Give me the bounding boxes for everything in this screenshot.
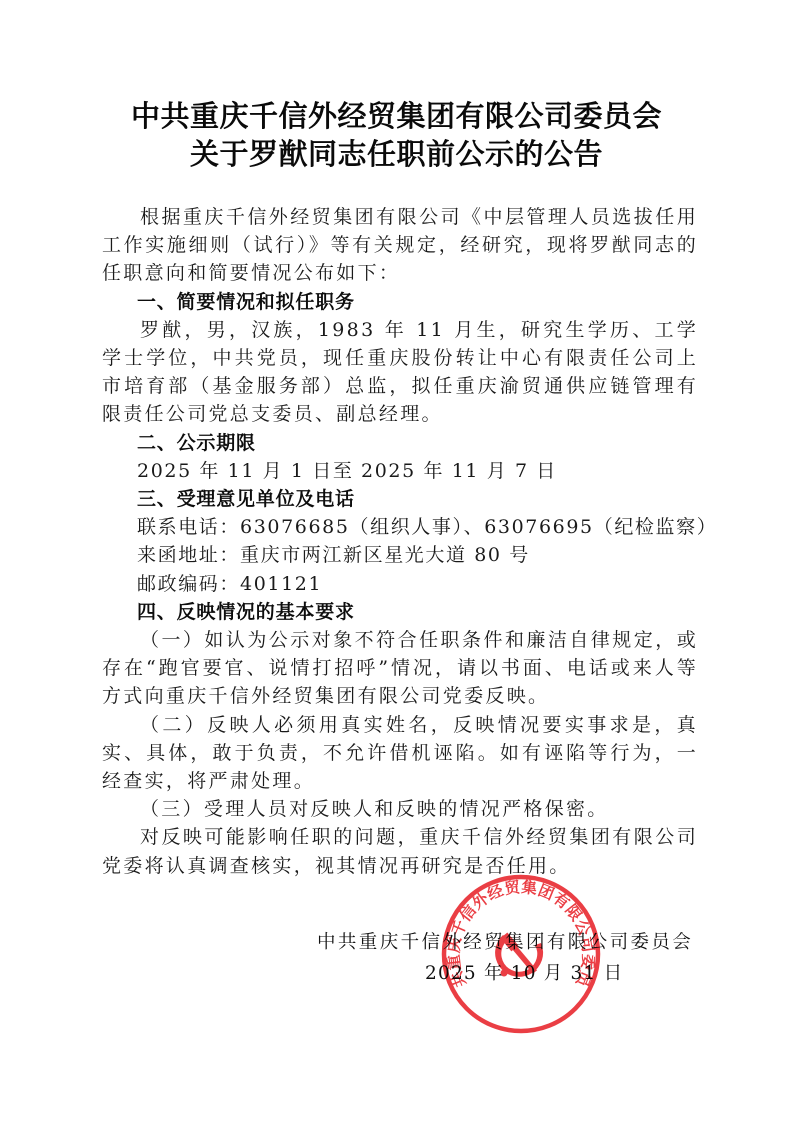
document-body: 根据重庆千信外经贸集团有限公司《中层管理人员选拔任用工作实施细则（试行）》等有关… (102, 203, 698, 880)
document-page: 中共重庆千信外经贸集团有限公司委员会 关于罗猷同志任职前公示的公告 根据重庆千信… (0, 0, 793, 1122)
requirement-item-3: （三）受理人员对反映人和反映的情况严格保密。 (102, 795, 698, 823)
title-line-1: 中共重庆千信外经贸集团有限公司委员会 (0, 97, 793, 135)
publicity-period: 2025 年 11 月 1 日至 2025 年 11 月 7 日 (102, 457, 698, 485)
section-heading-requirements: 四、反映情况的基本要求 (102, 598, 698, 626)
intro-paragraph: 根据重庆千信外经贸集团有限公司《中层管理人员选拔任用工作实施细则（试行）》等有关… (102, 203, 698, 288)
official-seal: 中共重庆千信外经贸集团有限公司委员会 (440, 873, 602, 1035)
requirement-item-2: （二）反映人必须用真实姓名，反映情况要实事求是，真实、具体，敢于负责，不允许借机… (102, 711, 698, 796)
contact-address: 来函地址：重庆市两江新区星光大道 80 号 (102, 541, 698, 569)
document-title: 中共重庆千信外经贸集团有限公司委员会 关于罗猷同志任职前公示的公告 (0, 97, 793, 173)
brief-paragraph: 罗猷，男，汉族，1983 年 11 月生，研究生学历、工学学士学位，中共党员，现… (102, 316, 698, 429)
section-heading-period: 二、公示期限 (102, 429, 698, 457)
hammer-and-sickle-icon (495, 933, 543, 977)
postal-code: 邮政编码：401121 (102, 570, 698, 598)
closing-paragraph: 对反映可能影响任职的问题，重庆千信外经贸集团有限公司党委将认真调查核实，视其情况… (102, 823, 698, 879)
section-heading-brief: 一、简要情况和拟任职务 (102, 288, 698, 316)
title-line-2: 关于罗猷同志任职前公示的公告 (0, 135, 793, 173)
requirement-item-1: （一）如认为公示对象不符合任职条件和廉洁自律规定，或存在“跑官要官、说情打招呼”… (102, 626, 698, 711)
contact-phone: 联系电话：63076685（组织人事）、63076695（纪检监察） (102, 513, 698, 541)
section-heading-contact: 三、受理意见单位及电话 (102, 485, 698, 513)
